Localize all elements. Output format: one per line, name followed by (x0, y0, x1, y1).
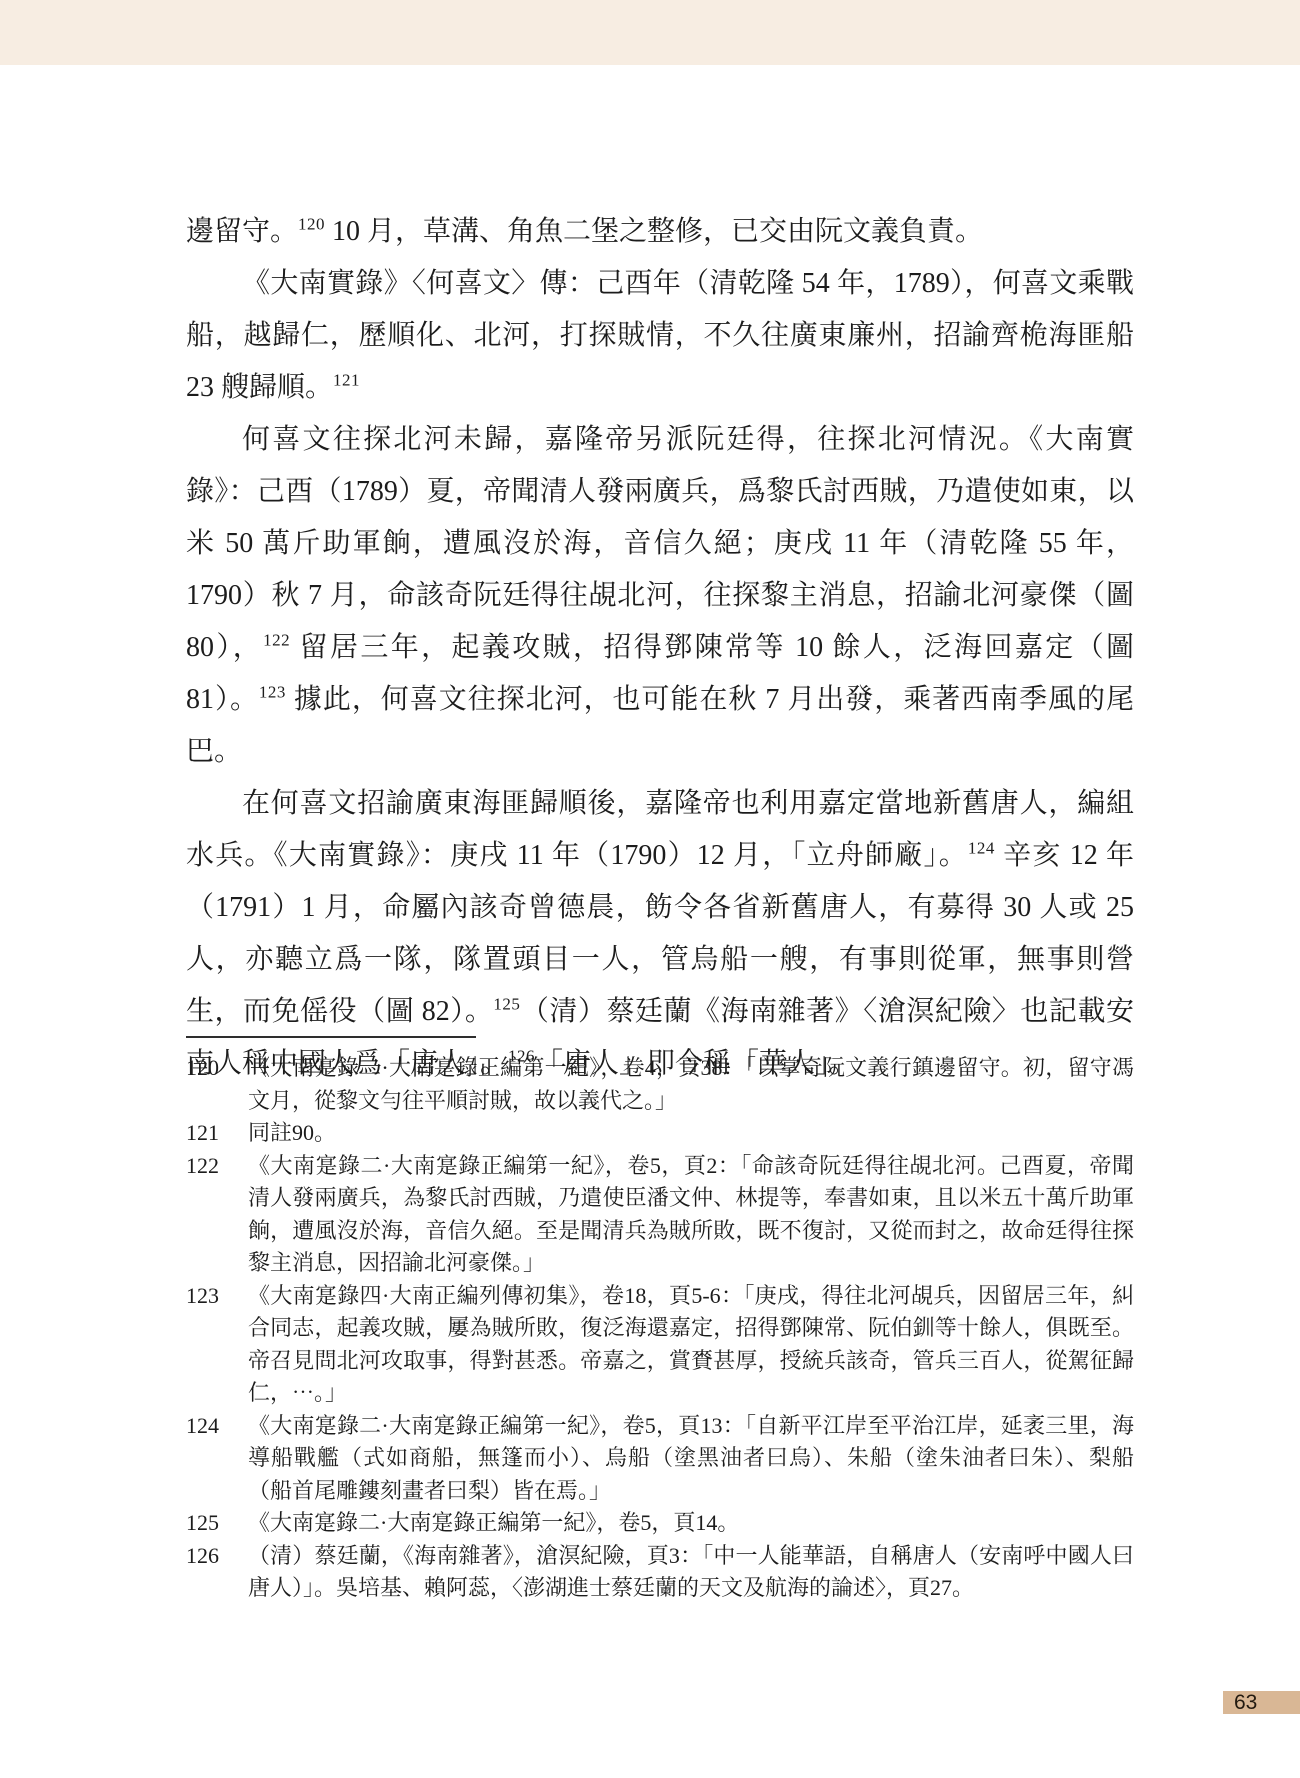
page-top-band (0, 0, 1300, 65)
footnote-text: 《大南寔錄四·大南正編列傳初集》，卷18，頁5-6：「庚戌，得往北河覘兵，因留居… (248, 1280, 1134, 1410)
footnote-ref-120: 120 (298, 215, 325, 234)
footnote: 122《大南寔錄二·大南寔錄正編第一紀》，卷5，頁2：「命該奇阮廷得往覘北河。己… (186, 1150, 1134, 1280)
footnote-ref-122: 122 (263, 631, 290, 650)
page-number: 63 (1223, 1691, 1300, 1714)
footnote-number: 124 (186, 1410, 248, 1508)
page-number-box: 63 (1223, 1691, 1300, 1714)
footnote-ref-124: 124 (968, 839, 995, 858)
footnote: 121同註90。 (186, 1117, 1134, 1150)
footnote-ref-123: 123 (259, 683, 286, 702)
main-text-block: 邊留守。120 10 月，草溝、角魚二堡之整修，已交由阮文義負責。《大南實錄》〈… (186, 206, 1134, 1090)
footnote-number: 125 (186, 1507, 248, 1540)
footnote-number: 126 (186, 1540, 248, 1605)
footnote-text: 《大南寔錄二·大南寔錄正編第一紀》，卷5，頁14。 (248, 1507, 1134, 1540)
footnote-text: 《大南寔錄二·大南寔錄正編第一紀》，卷4，頁38：「以掌奇阮文義行鎮邊留守。初，… (248, 1052, 1134, 1117)
footnote-ref-121: 121 (333, 371, 360, 390)
footnote: 123《大南寔錄四·大南正編列傳初集》，卷18，頁5-6：「庚戌，得往北河覘兵，… (186, 1280, 1134, 1410)
footnote-separator (186, 1036, 476, 1038)
body-paragraph: 《大南實錄》〈何喜文〉傳：己酉年（清乾隆 54 年，1789），何喜文乘戰船，越… (186, 258, 1134, 414)
footnote-ref-125: 125 (493, 995, 520, 1014)
footnote: 120《大南寔錄二·大南寔錄正編第一紀》，卷4，頁38：「以掌奇阮文義行鎮邊留守… (186, 1052, 1134, 1117)
footnote-number: 122 (186, 1150, 248, 1280)
body-paragraph: 何喜文往探北河未歸，嘉隆帝另派阮廷得，往探北河情況。《大南實錄》：己酉（1789… (186, 414, 1134, 778)
footnote: 125《大南寔錄二·大南寔錄正編第一紀》，卷5，頁14。 (186, 1507, 1134, 1540)
footnote-list: 120《大南寔錄二·大南寔錄正編第一紀》，卷4，頁38：「以掌奇阮文義行鎮邊留守… (186, 1052, 1134, 1605)
body-paragraph: 邊留守。120 10 月，草溝、角魚二堡之整修，已交由阮文義負責。 (186, 206, 1134, 258)
footnotes-section: 120《大南寔錄二·大南寔錄正編第一紀》，卷4，頁38：「以掌奇阮文義行鎮邊留守… (186, 1036, 1134, 1605)
footnote-number: 121 (186, 1117, 248, 1150)
footnote-text: 《大南寔錄二·大南寔錄正編第一紀》，卷5，頁13：「自新平江岸至平治江岸，延袤三… (248, 1410, 1134, 1508)
footnote-number: 120 (186, 1052, 248, 1117)
book-page: { "page": { "number": "63", "band_color"… (0, 0, 1300, 1778)
footnote-text: （清）蔡廷蘭，《海南雜著》，滄溟紀險，頁3：「中一人能華語，自稱唐人（安南呼中國… (248, 1540, 1134, 1605)
footnote-text: 同註90。 (248, 1117, 1134, 1150)
footnote: 124《大南寔錄二·大南寔錄正編第一紀》，卷5，頁13：「自新平江岸至平治江岸，… (186, 1410, 1134, 1508)
footnote: 126（清）蔡廷蘭，《海南雜著》，滄溟紀險，頁3：「中一人能華語，自稱唐人（安南… (186, 1540, 1134, 1605)
footnote-number: 123 (186, 1280, 248, 1410)
footnote-text: 《大南寔錄二·大南寔錄正編第一紀》，卷5，頁2：「命該奇阮廷得往覘北河。己酉夏，… (248, 1150, 1134, 1280)
